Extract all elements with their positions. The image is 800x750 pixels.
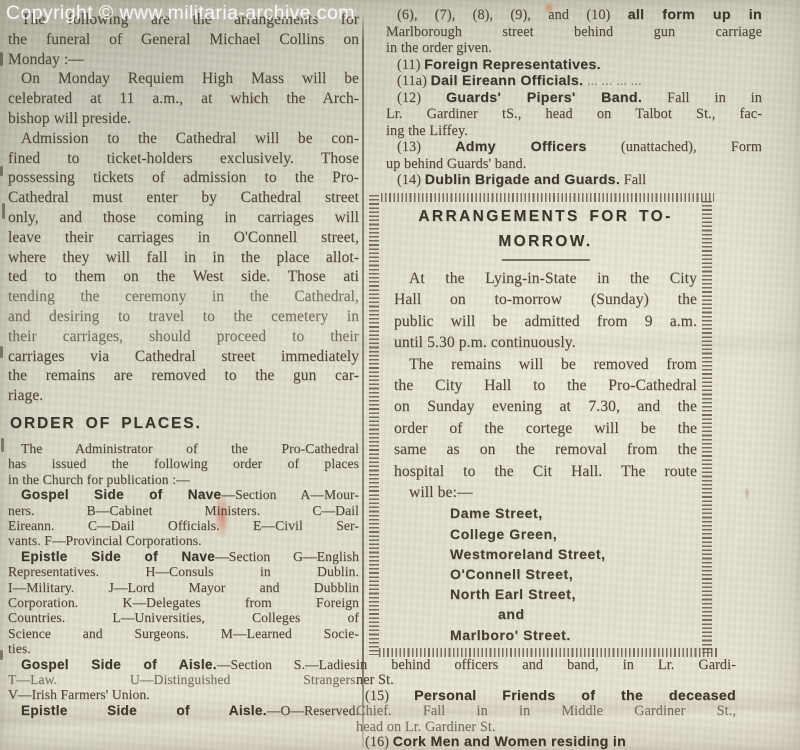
box-border-top (381, 193, 714, 202)
text-line: The Administrator of the Pro-Cathedral (8, 441, 359, 456)
left-column: The following are the arrangements forth… (8, 10, 359, 718)
text-line: On Monday Requiem High Mass will be (8, 69, 359, 89)
text-line: Marlborough street behind gun carriage (386, 24, 762, 41)
text-line: Marlboro' Street. (450, 625, 697, 645)
text-line: ners. B—Cabinet Ministers. C—Dail (8, 503, 359, 518)
text-line: (14) Dublin Brigade and Guards. Fall (386, 172, 762, 189)
text-line: ing the Liffey. (386, 123, 762, 140)
text-line: carriages via Cathedral street immediate… (8, 347, 359, 367)
text-line: (11) Foreign Representatives. (386, 57, 762, 74)
text-line: order of the cortege will be the (394, 418, 697, 439)
text-line: Gospel Side of Nave—Section A—Mour- (8, 487, 359, 502)
route-list: Dame Street,College Green,Westmoreland S… (394, 503, 697, 644)
tomorrow-box: ARRANGEMENTS FOR TO-MORROW. At the Lying… (394, 205, 697, 645)
text-line: (6), (7), (8), (9), and (10) all form up… (386, 7, 762, 24)
text-line: their carriages, should proceed to their (8, 327, 359, 347)
text-line: in the Church for publication :— (8, 472, 359, 487)
text-line: hospital to the Cit Hall. The route (394, 461, 697, 482)
edge-artifact (0, 650, 3, 660)
box-border-left (369, 195, 379, 655)
text-line: At the Lying-in-State in the City (394, 268, 697, 289)
text-line: public will be admitted from 9 a.m. (394, 311, 697, 332)
text-line: Monday :— (8, 50, 359, 70)
text-line: tending the ceremony in the Cathedral, (8, 287, 359, 307)
text-line: leave their carriages in O'Connell stree… (8, 228, 359, 248)
box-border-bottom (379, 648, 717, 657)
text-line: Westmoreland Street, (450, 544, 697, 564)
box-title: ARRANGEMENTS FOR TO-MORROW. (394, 205, 697, 254)
text-line: riage. (8, 386, 359, 406)
text-line: head on Lr. Gardiner St. (356, 720, 736, 735)
text-line: Epistle Side of Aisle.—O—Reserved. (8, 703, 359, 718)
text-line: ties. (8, 641, 359, 656)
text-line: (12) Guards' Pipers' Band. Fall in in (386, 90, 762, 107)
text-line: Countries. L—Universities, Colleges of (8, 610, 359, 625)
text-line: Epistle Side of Nave—Section G—English (8, 549, 359, 564)
text-line: only, and those coming in carriages will (8, 208, 359, 228)
text-line: (13) Admy Officers (unattached), Form (386, 139, 762, 156)
text-line: ORDER OF PLACES. (8, 413, 359, 434)
text-line: Corporation. K—Delegates from Foreign (8, 595, 359, 610)
text-line: MORROW. (394, 230, 697, 255)
right-column-top: (6), (7), (8), (9), and (10) all form up… (386, 7, 762, 189)
right-column-bottom: in behind officers and band, in Lr. Gard… (356, 658, 736, 750)
text-line: Cathedral must enter by Cathedral street (8, 188, 359, 208)
text-line: celebrated at 11 a.m., at which the Arch… (8, 89, 359, 109)
text-line: up behind Guards' band. (386, 156, 762, 173)
edge-artifact (0, 52, 3, 66)
text-line: T—Law. U—Distinguished Strangers. (8, 672, 359, 687)
text-line: Gospel Side of Aisle.—Section S.—Ladies. (8, 657, 359, 672)
text-line: North Earl Street, (450, 584, 697, 604)
text-line: Lr. Gardiner tS., head on Talbot St., fa… (386, 106, 762, 123)
text-line: College Green, (450, 524, 697, 544)
edge-artifact (1, 438, 4, 452)
edge-artifact (2, 203, 5, 219)
text-line: the City Hall to the Pro-Cathedral (394, 375, 697, 396)
brown-speck (744, 486, 750, 500)
text-line: has issued the following order of places (8, 456, 359, 471)
text-line: ner St. (356, 673, 736, 688)
text-line: and (498, 604, 697, 624)
text-line: (11a) Dail Eireann Officials. ... ... ..… (386, 73, 762, 90)
text-line: same as on the removal from the (394, 439, 697, 460)
text-line: ted to them on the West side. Those ati (8, 267, 359, 287)
column-divider-rule (362, 12, 364, 748)
text-line: fined to ticket-holders exclusively. Tho… (8, 149, 359, 169)
text-line: on Sunday evening at 7.30, and the (394, 396, 697, 417)
text-line: (16) Cork Men and Women residing in (356, 735, 736, 750)
text-line: I—Military. J—Lord Mayor and Dubblin (8, 580, 359, 595)
copyright-watermark: Copyright © www.militaria-archive.com (6, 2, 355, 25)
text-line: the remains are removed to the gun car- (8, 366, 359, 386)
text-line: V—Irish Farmers' Union. (8, 687, 359, 702)
box-border-right (702, 201, 712, 653)
edge-artifact (0, 346, 3, 358)
text-line: Chief. Fall in in Middle Gardiner St., (356, 704, 736, 719)
text-line: Hall on to-morrow (Sunday) the (394, 289, 697, 310)
text-line: Eireann. C—Dail Officials. E—Civil Ser- (8, 518, 359, 533)
box-body: At the Lying-in-State in the CityHall on… (394, 268, 697, 503)
text-line: the funeral of General Michael Collins o… (8, 30, 359, 50)
text-line: Representatives. H—Consuls in Dublin. (8, 564, 359, 579)
text-line: (15) Personal Friends of the deceased (356, 689, 736, 704)
text-line: ARRANGEMENTS FOR TO- (394, 205, 697, 230)
text-line: in the order given. (386, 40, 762, 57)
text-line: and desiring to travel to the cemetery i… (8, 307, 359, 327)
edge-artifact (0, 166, 3, 176)
text-line: until 5.30 p.m. continuously. (394, 332, 697, 353)
text-line: Dame Street, (450, 503, 697, 523)
text-line: vants. F—Provincial Corporations. (8, 533, 359, 548)
text-line: Admission to the Cathedral will be con- (8, 129, 359, 149)
text-line: where they will fall in in the place all… (8, 248, 359, 268)
text-line: possessing tickets of admission to the P… (8, 168, 359, 188)
text-line: The remains will be removed from (394, 354, 697, 375)
text-line: Science and Surgeons. M—Learned Socie- (8, 626, 359, 641)
text-line: will be:— (394, 482, 697, 503)
title-divider-rule (502, 259, 590, 261)
newspaper-clipping: Copyright © www.militaria-archive.com Th… (0, 0, 800, 750)
text-line: O'Connell Street, (450, 564, 697, 584)
text-line: bishop will preside. (8, 109, 359, 129)
text-line: in behind officers and band, in Lr. Gard… (356, 658, 736, 673)
